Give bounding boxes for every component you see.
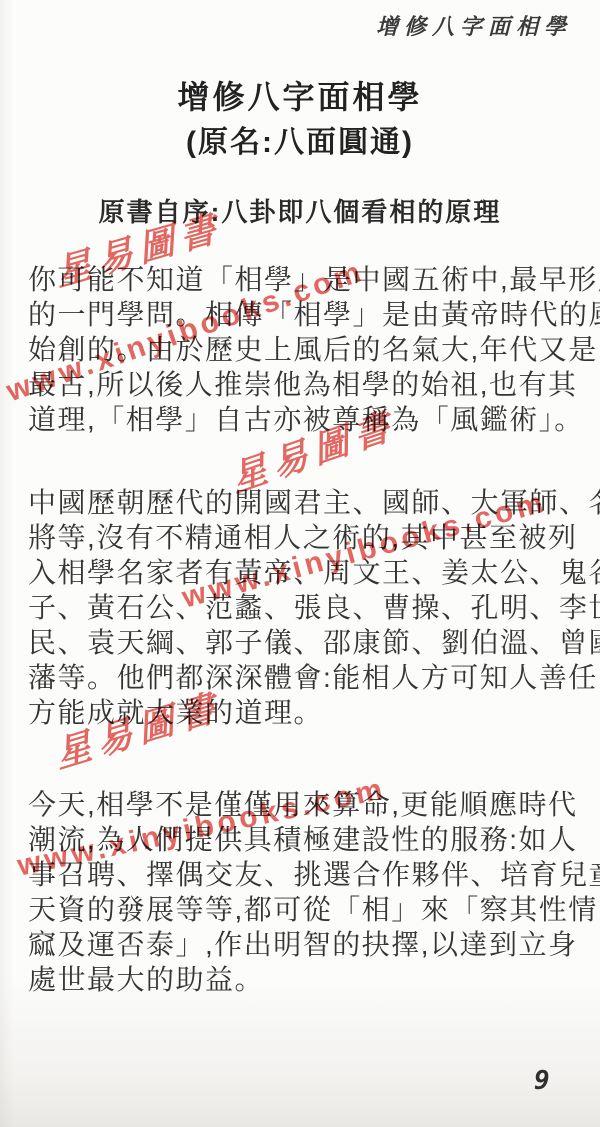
body-line: 方能成就大業的道理。: [28, 695, 574, 730]
body-line: 今天,相學不是僅僅用來算命,更能順應時代: [28, 787, 574, 822]
body-line: 始創的。由於歷史上風后的名氣大,年代又是: [28, 332, 574, 367]
body-line: 道理,「相學」自古亦被尊稱為「風鑑術」。: [28, 402, 574, 437]
body-line: 中國歷朝歷代的開國君主、國師、大軍師、名: [28, 485, 574, 520]
body-line: 窳及運否泰」,作出明智的抉擇,以達到立身: [28, 927, 574, 962]
body-line: 事召聘、擇偶交友、挑選合作夥伴、培育兒童: [28, 857, 574, 892]
scanned-book-page: 增修八字面相學 增修八字面相學 (原名:八面圓通) 原書自序:八卦即八個看相的原…: [0, 0, 600, 1127]
paragraph-2: 中國歷朝歷代的開國君主、國師、大軍師、名 將等,沒有不精通相人之術的,其中甚至被…: [28, 485, 574, 730]
body-line: 入相學名家者有黃帝、周文王、姜太公、鬼谷: [28, 555, 574, 590]
paragraph-1: 你可能不知道「相學」是中國五術中,最早形成 的一門學問。相傳「相學」是由黃帝時代…: [28, 262, 574, 437]
body-line: 民、袁天綱、郭子儀、邵康節、劉伯溫、曾國: [28, 625, 574, 660]
running-header-title: 增修八字面相學: [376, 10, 572, 41]
page-title: 增修八字面相學: [0, 76, 600, 118]
body-line: 你可能不知道「相學」是中國五術中,最早形成: [28, 262, 574, 297]
paragraph-3: 今天,相學不是僅僅用來算命,更能順應時代 潮流,為人們提供具積極建設性的服務:如…: [28, 787, 574, 997]
section-heading: 原書自序:八卦即八個看相的原理: [0, 192, 600, 229]
scan-edge-shade: [0, 0, 14, 1127]
page-subtitle: (原名:八面圓通): [0, 117, 600, 161]
body-line: 最古,所以後人推崇他為相學的始祖,也有其: [28, 367, 574, 402]
body-line: 處世最大的助益。: [28, 962, 574, 997]
body-line: 子、黃石公、范蠡、張良、曹操、孔明、李世: [28, 590, 574, 625]
body-line: 天資的發展等等,都可從「相」來「察其性情良: [28, 892, 574, 927]
body-line: 潮流,為人們提供具積極建設性的服務:如人: [28, 822, 574, 857]
body-line: 的一門學問。相傳「相學」是由黃帝時代的風后: [28, 297, 574, 332]
body-line: 將等,沒有不精通相人之術的,其中甚至被列: [28, 520, 574, 555]
body-line: 藩等。他們都深深體會:能相人方可知人善任,: [28, 660, 574, 695]
page-number: 9: [534, 1066, 550, 1096]
